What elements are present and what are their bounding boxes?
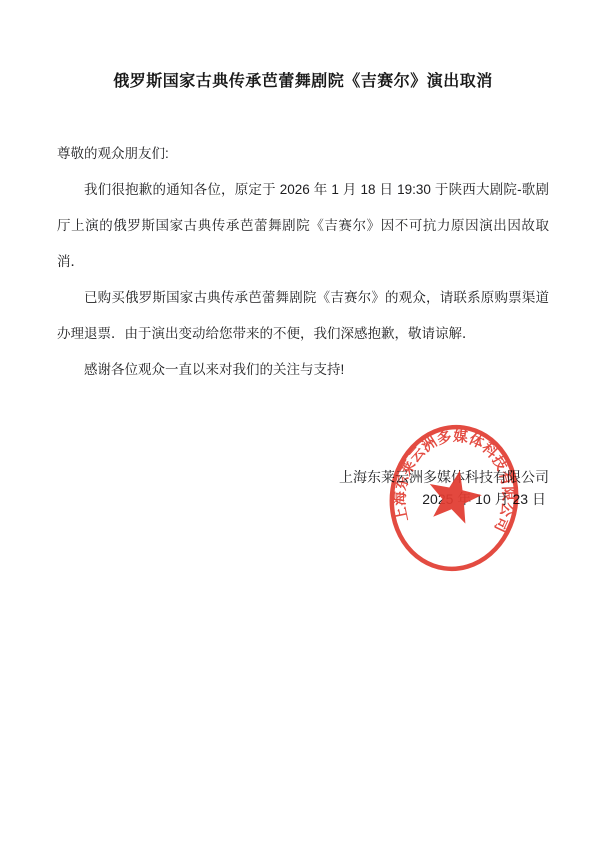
salutation: 尊敬的观众朋友们: <box>57 136 549 172</box>
paragraph-thanks: 感谢各位观众一直以来对我们的关注与支持! <box>57 352 549 388</box>
signature-block: 上海东莱云洲多媒体科技有限公司 2025 年 10 月 23 日 <box>339 466 549 510</box>
document-body: 尊敬的观众朋友们: 我们很抱歉的通知各位，原定于 2026 年 1 月 18 日… <box>57 136 549 388</box>
signature-date: 2025 年 10 月 23 日 <box>339 488 549 510</box>
paragraph-refund-instructions: 已购买俄罗斯国家古典传承芭蕾舞剧院《吉赛尔》的观众，请联系原购票渠道办理退票．由… <box>57 280 549 352</box>
signature-company: 上海东莱云洲多媒体科技有限公司 <box>339 466 549 488</box>
document-page: 俄罗斯国家古典传承芭蕾舞剧院《吉赛尔》演出取消 尊敬的观众朋友们: 我们很抱歉的… <box>0 0 606 848</box>
document-title: 俄罗斯国家古典传承芭蕾舞剧院《吉赛尔》演出取消 <box>0 0 606 94</box>
paragraph-cancellation-notice: 我们很抱歉的通知各位，原定于 2026 年 1 月 18 日 19:30 于陕西… <box>57 172 549 280</box>
